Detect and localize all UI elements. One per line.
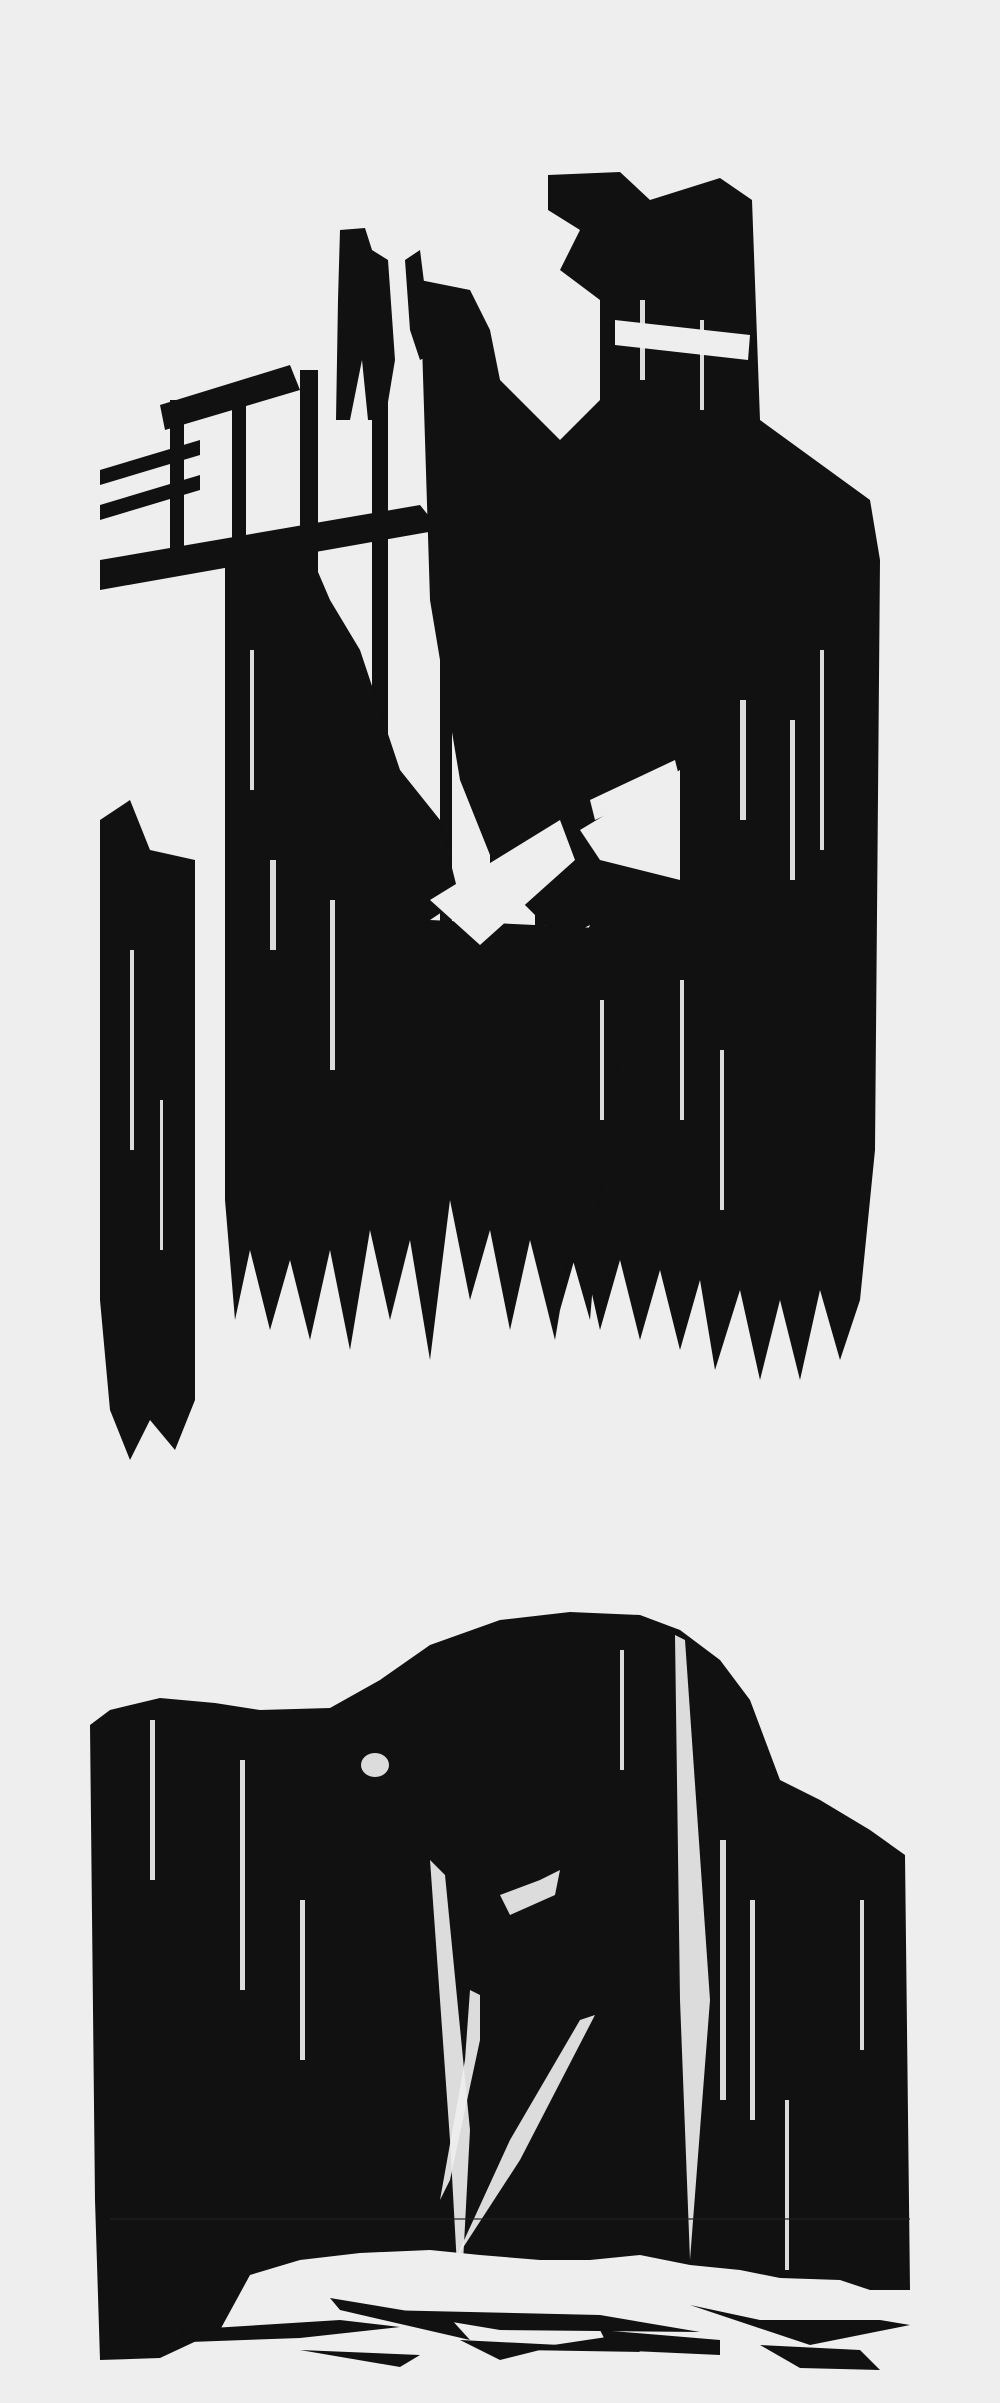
woodcut-print — [0, 0, 1000, 2403]
